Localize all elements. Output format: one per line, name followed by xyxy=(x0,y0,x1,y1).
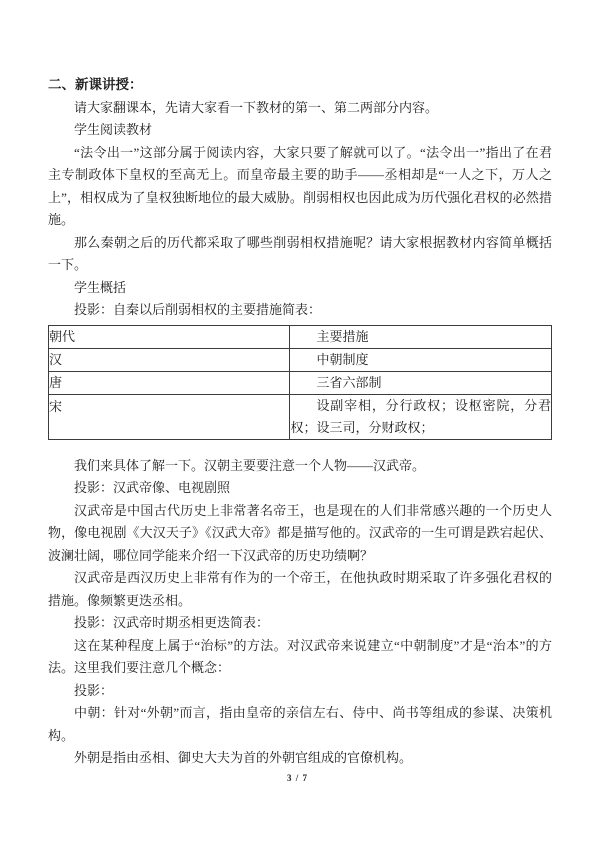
cell-tang-dynasty: 唐 xyxy=(49,371,290,394)
table-header-row: 朝代 主要措施 xyxy=(49,325,552,348)
table-row-tang: 唐 三省六部制 xyxy=(49,371,552,394)
cell-han-measures: 中朝制度 xyxy=(290,348,552,371)
paragraph-waichao-def: 外朝是指由丞相、御史大夫为首的外朝官组成的官僚机构。 xyxy=(48,747,552,770)
page-number: 3 / 7 xyxy=(0,773,595,783)
paragraph-projection-portrait: 投影：汉武帝像、电视剧照 xyxy=(48,477,552,500)
paragraph-zhongchao-def: 中朝：针对“外朝”而言，指由皇帝的亲信左右、侍中、尚书等组成的参谋、决策机构。 xyxy=(48,702,552,747)
paragraph-faling-chuyi: “法令出一”这部分属于阅读内容，大家只要了解就可以了。“法令出一”指出了在君主专… xyxy=(48,142,552,232)
paragraph-intro: 请大家翻课本，先请大家看一下教材的第一、第二两部分内容。 xyxy=(48,97,552,120)
table-row-han: 汉 中朝制度 xyxy=(49,348,552,371)
paragraph-zhibiao-zhiben: 这在某种程度上属于“治标”的方法。对汉武帝来说建立“中朝制度”才是“治本”的方法… xyxy=(48,635,552,680)
paragraph-student-reading: 学生阅读教材 xyxy=(48,119,552,142)
table-header-dynasty: 朝代 xyxy=(49,325,290,348)
cell-song-dynasty: 宋 xyxy=(49,394,290,439)
paragraph-projection-only: 投影： xyxy=(48,680,552,703)
cell-song-measures: 设副宰相，分行政权；设枢密院，分君权；设三司，分财政权； xyxy=(290,394,552,439)
measures-table: 朝代 主要措施 汉 中朝制度 唐 三省六部制 宋 设副宰相，分行政权；设枢密院，… xyxy=(48,325,552,440)
document-page: 二、新课讲授： 请大家翻课本，先请大家看一下教材的第一、第二两部分内容。 学生阅… xyxy=(0,0,595,841)
paragraph-projection-measures: 投影：自秦以后削弱相权的主要措施简表： xyxy=(48,299,552,322)
document-content: 二、新课讲授： 请大家翻课本，先请大家看一下教材的第一、第二两部分内容。 学生阅… xyxy=(48,74,552,770)
paragraph-question: 那么秦朝之后的历代都采取了哪些削弱相权措施呢？请大家根据教材内容简单概括一下。 xyxy=(48,232,552,277)
section-heading: 二、新课讲授： xyxy=(48,74,552,97)
paragraph-hanwudi-measures: 汉武帝是西汉历史上非常有作为的一个帝王，在他执政时期采取了许多强化君权的措施。像… xyxy=(48,567,552,612)
paragraph-hanwudi-fame: 汉武帝是中国古代历史上非常著名帝王，也是现在的人们非常感兴趣的一个历史人物，像电… xyxy=(48,500,552,568)
paragraph-hanwudi-lead: 我们来具体了解一下。汉朝主要要注意一个人物——汉武帝。 xyxy=(48,455,552,478)
table-header-measures: 主要措施 xyxy=(290,325,552,348)
table-row-song: 宋 设副宰相，分行政权；设枢密院，分君权；设三司，分财政权； xyxy=(49,394,552,439)
cell-tang-measures: 三省六部制 xyxy=(290,371,552,394)
paragraph-projection-chancellors: 投影：汉武帝时期丞相更迭简表： xyxy=(48,612,552,635)
cell-han-dynasty: 汉 xyxy=(49,348,290,371)
paragraph-student-summary: 学生概括 xyxy=(48,277,552,300)
